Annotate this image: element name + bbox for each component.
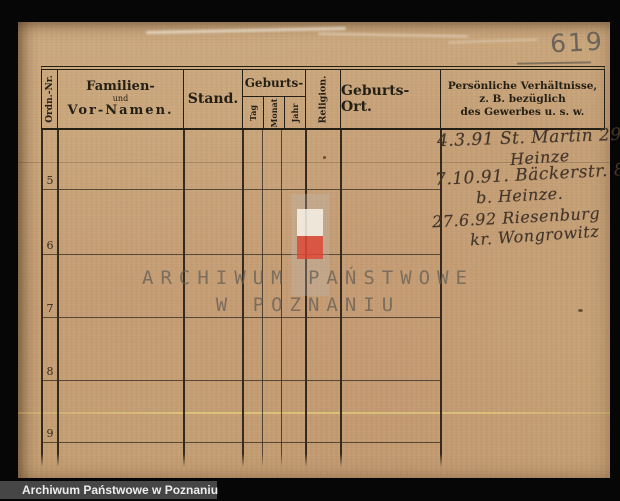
und-label: und: [113, 94, 128, 103]
caption-bar: Archiwum Państwowe w Poznaniu: [0, 481, 217, 499]
watermark-flag-white: [297, 209, 323, 236]
ink-speck: [323, 156, 326, 159]
table-rule-row: [41, 189, 440, 190]
persoenliche-label-2: z. B. bezüglich: [479, 93, 565, 106]
subcolumn-tag: Tag: [243, 97, 264, 128]
stand-label: Stand.: [188, 91, 239, 107]
watermark-text-line1: ARCHIWUM PAŃSTWOWE: [108, 267, 508, 289]
caption-text: Archiwum Państwowe w Poznaniu: [0, 483, 218, 497]
column-geburtsort: Geburts-Ort.: [341, 70, 441, 128]
religion-label: Religion.: [318, 75, 329, 123]
column-persoenliche-verhaeltnisse: Persönliche Verhältnisse, z. B. bezüglic…: [441, 70, 604, 128]
row-number: 7: [42, 302, 58, 315]
scan-line-artifact: [18, 412, 610, 414]
table-rule-row: [41, 442, 440, 443]
geburts-label: Geburts-: [243, 70, 305, 96]
row-number: 5: [42, 174, 58, 187]
column-stand: Stand.: [184, 70, 243, 128]
vornamen-label: Vor-Namen.: [67, 103, 173, 118]
persoenliche-label-3: des Gewerbes u. s. w.: [461, 106, 585, 119]
document-scan: 619 Ordn.-Nr. Familien- und Vor-Namen. S…: [18, 22, 610, 478]
pencil-underline: [517, 61, 591, 64]
column-religion: Religion.: [306, 70, 341, 128]
scan-viewer: 619 Ordn.-Nr. Familien- und Vor-Namen. S…: [0, 0, 620, 501]
table-rule-row: [41, 317, 440, 318]
row-number: 8: [42, 365, 58, 378]
watermark-flag-red: [297, 236, 323, 259]
ink-speck: [578, 309, 583, 312]
paper-crease: [448, 38, 538, 43]
geburts-subcolumns: Tag Monat Jahr: [243, 96, 305, 128]
persoenliche-label-1: Persönliche Verhältnisse,: [448, 80, 597, 93]
handwritten-entry: b. Heinze.: [476, 184, 564, 208]
column-ordn-nr-label: Ordn.-Nr.: [45, 75, 55, 123]
column-ordn-nr: Ordn.-Nr.: [42, 70, 58, 128]
monat-label: Monat: [269, 98, 279, 127]
watermark-text-line2: W POZNANIU: [108, 294, 508, 316]
paper-crease: [146, 27, 346, 34]
subcolumn-jahr: Jahr: [285, 97, 305, 128]
row-number: 6: [42, 239, 58, 252]
table-rule-row: [41, 380, 440, 381]
jahr-label: Jahr: [290, 103, 300, 122]
column-geburts: Geburts- Tag Monat Jahr: [243, 70, 306, 128]
tag-label: Tag: [248, 105, 258, 121]
subcolumn-monat: Monat: [264, 97, 285, 128]
table-rule-row: [41, 254, 440, 255]
archive-page-number: 619: [541, 26, 612, 59]
column-familien-vornamen: Familien- und Vor-Namen.: [58, 70, 184, 128]
geburtsort-label: Geburts-Ort.: [341, 83, 440, 115]
paper-crease: [318, 33, 468, 38]
row-number: 9: [42, 427, 58, 440]
table-header: Ordn.-Nr. Familien- und Vor-Namen. Stand…: [41, 66, 605, 130]
familien-label: Familien-: [86, 80, 155, 94]
